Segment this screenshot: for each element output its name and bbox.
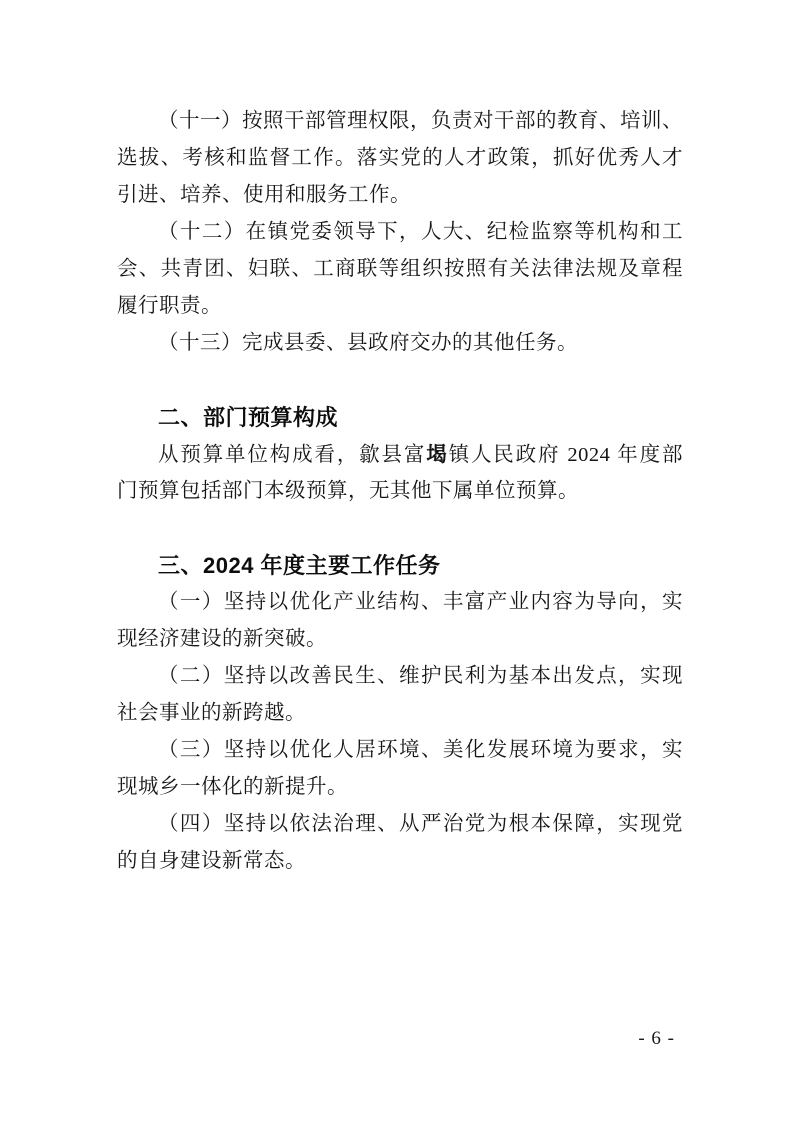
text-segment: （十三）完成县委、县政府交办的其他任务。 [158,332,578,354]
text-line: 从预算单位构成看，歙县富堨镇人民政府 2024 年度部 [117,436,683,473]
paragraph: （三）坚持以优化人居环境、美化发展环境为要求，实现城乡一体化的新提升。 [117,732,683,806]
text-line: 选拔、考核和监督工作。落实党的人才政策，抓好优秀人才 [117,140,683,177]
text-line: 现经济建设的新突破。 [117,621,683,658]
text-line: （一）坚持以优化产业结构、丰富产业内容为导向，实 [117,584,683,621]
text-segment: （二）坚持以改善民生、维护民利为基本出发点，实现 [158,665,683,687]
text-line: 三、2024 年度主要工作任务 [117,547,683,584]
text-segment: 门预算包括部门本级预算，无其他下属单位预算。 [117,480,579,502]
section-heading: 二、部门预算构成 [117,399,683,436]
text-line: （四）坚持以依法治理、从严治党为根本保障，实现党 [117,806,683,843]
text-line: 履行职责。 [117,288,683,325]
bold-fallback-glyph: 堨 [426,443,448,466]
text-line: 门预算包括部门本级预算，无其他下属单位预算。 [117,473,683,510]
page-number: - 6 - [638,1027,675,1051]
document-page: （十一）按照干部管理权限，负责对干部的教育、培训、选拔、考核和监督工作。落实党的… [0,0,793,1122]
text-segment: 从预算单位构成看，歙县富 [158,444,426,466]
text-line: 社会事业的新跨越。 [117,695,683,732]
section-heading: 三、2024 年度主要工作任务 [117,547,683,584]
text-line: 会、共青团、妇联、工商联等组织按照有关法律法规及章程 [117,251,683,288]
text-segment: （十二）在镇党委领导下，人大、纪检监察等机构和工 [158,221,683,243]
text-segment: （一）坚持以优化产业结构、丰富产业内容为导向，实 [158,591,683,613]
text-segment: 引进、培养、使用和服务工作。 [117,184,411,206]
paragraph: （四）坚持以依法治理、从严治党为根本保障，实现党的自身建设新常态。 [117,806,683,880]
text-segment: 的自身建设新常态。 [117,850,306,872]
text-line: （三）坚持以优化人居环境、美化发展环境为要求，实 [117,732,683,769]
paragraph: （一）坚持以优化产业结构、丰富产业内容为导向，实现经济建设的新突破。 [117,584,683,658]
text-segment: （十一）按照干部管理权限，负责对干部的教育、培训、 [158,110,683,132]
text-line: （十一）按照干部管理权限，负责对干部的教育、培训、 [117,103,683,140]
paragraph: （十一）按照干部管理权限，负责对干部的教育、培训、选拔、考核和监督工作。落实党的… [117,103,683,214]
text-line: 二、部门预算构成 [117,399,683,436]
paragraph: （十二）在镇党委领导下，人大、纪检监察等机构和工会、共青团、妇联、工商联等组织按… [117,214,683,325]
text-segment: 二、部门预算构成 [158,405,338,430]
text-segment: （三）坚持以优化人居环境、美化发展环境为要求，实 [158,739,683,761]
text-line: （十三）完成县委、县政府交办的其他任务。 [117,325,683,362]
text-segment: 会、共青团、妇联、工商联等组织按照有关法律法规及章程 [117,258,683,280]
text-segment: 现城乡一体化的新提升。 [117,776,348,798]
text-segment: 镇人民政府 2024 年度部 [449,444,683,466]
text-line: （十二）在镇党委领导下，人大、纪检监察等机构和工 [117,214,683,251]
text-segment: 现经济建设的新突破。 [117,628,327,650]
text-line: 现城乡一体化的新提升。 [117,769,683,806]
document-body: （十一）按照干部管理权限，负责对干部的教育、培训、选拔、考核和监督工作。落实党的… [117,103,683,880]
paragraph: （十三）完成县委、县政府交办的其他任务。 [117,325,683,362]
paragraph: 从预算单位构成看，歙县富堨镇人民政府 2024 年度部门预算包括部门本级预算，无… [117,436,683,510]
text-segment: 履行职责。 [117,295,222,317]
text-segment: （四）坚持以依法治理、从严治党为根本保障，实现党 [158,813,683,835]
text-line: 引进、培养、使用和服务工作。 [117,177,683,214]
paragraph: （二）坚持以改善民生、维护民利为基本出发点，实现社会事业的新跨越。 [117,658,683,732]
text-segment: 选拔、考核和监督工作。落实党的人才政策，抓好优秀人才 [117,147,683,169]
text-segment: 社会事业的新跨越。 [117,702,306,724]
text-line: （二）坚持以改善民生、维护民利为基本出发点，实现 [117,658,683,695]
text-segment: 三、2024 年度主要工作任务 [158,553,441,578]
text-line: 的自身建设新常态。 [117,843,683,880]
